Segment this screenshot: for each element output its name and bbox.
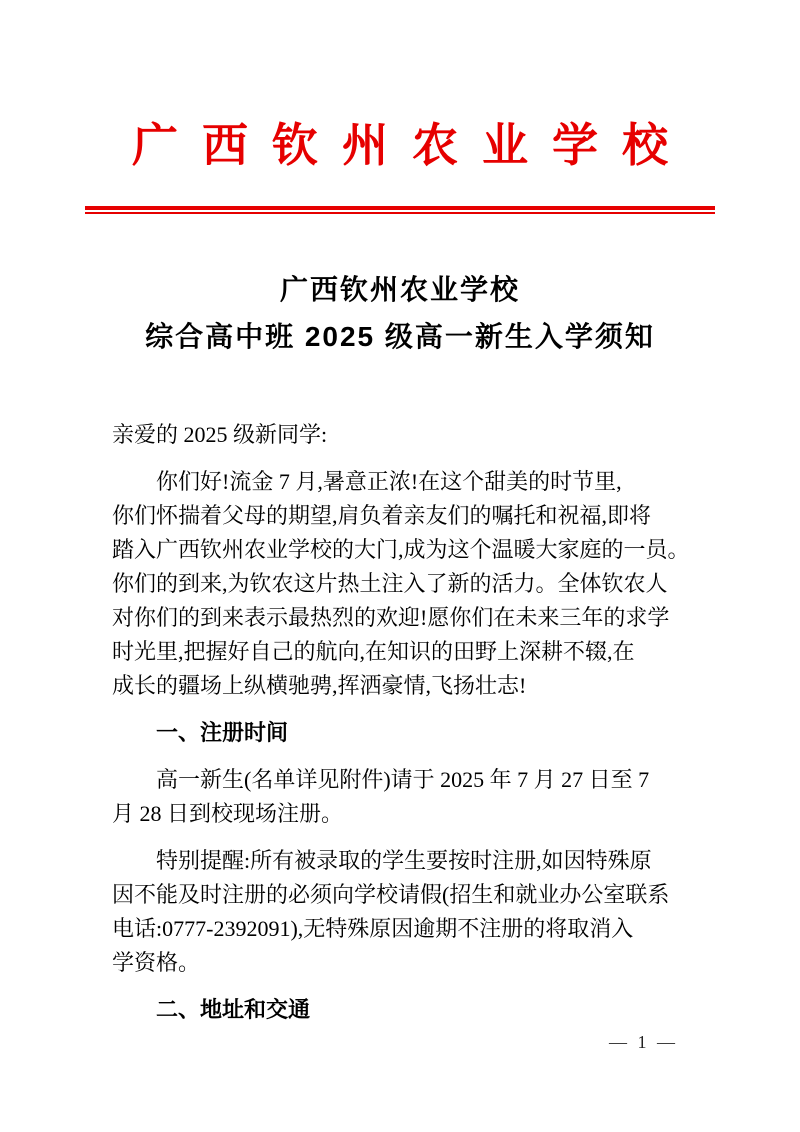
document-title-line-1: 广西钦州农业学校 — [0, 266, 800, 313]
document-page: 广西钦州农业学校 广西钦州农业学校 综合高中班 2025 级高一新生入学须知 亲… — [0, 0, 800, 1132]
paragraph: 你们好!流金 7 月,暑意正浓!在这个甜美的时节里,你们怀揣着父母的期望,肩负着… — [112, 465, 700, 703]
text-line: 你们怀揣着父母的期望,肩负着亲友们的嘱托和祝福,即将 — [112, 499, 700, 533]
text-line: 时光里,把握好自己的航向,在知识的田野上深耕不辍,在 — [112, 635, 700, 669]
document-title: 广西钦州农业学校 综合高中班 2025 级高一新生入学须知 — [0, 266, 800, 360]
letterhead-divider-thin-line — [85, 212, 715, 214]
text-line: 特别提醒:所有被录取的学生要按时注册,如因特殊原 — [112, 844, 700, 878]
letterhead-school-name: 广西钦州农业学校 — [108, 112, 692, 180]
letterhead-divider — [85, 206, 715, 214]
salutation: 亲爱的 2025 级新同学: — [112, 418, 700, 452]
text-line: 因不能及时注册的必须向学校请假(招生和就业办公室联系 — [112, 878, 700, 912]
paragraph: 高一新生(名单详见附件)请于 2025 年 7 月 27 日至 7月 28 日到… — [112, 763, 700, 831]
text-line: 成长的疆场上纵横驰骋,挥洒豪情,飞扬壮志! — [112, 669, 700, 703]
text-line: 你们好!流金 7 月,暑意正浓!在这个甜美的时节里, — [112, 465, 700, 499]
paragraph: 特别提醒:所有被录取的学生要按时注册,如因特殊原因不能及时注册的必须向学校请假(… — [112, 844, 700, 980]
text-line: 电话:0777-2392091),无特殊原因逾期不注册的将取消入 — [112, 912, 700, 946]
page-number: — 1 — — [609, 1032, 678, 1053]
text-line: 月 28 日到校现场注册。 — [112, 797, 700, 831]
text-line: 学资格。 — [112, 946, 700, 980]
letterhead-divider-thick-line — [85, 206, 715, 210]
section-heading: 二、地址和交通 — [112, 993, 700, 1027]
text-line: 你们的到来,为钦农这片热土注入了新的活力。全体钦农人 — [112, 567, 700, 601]
text-line: 踏入广西钦州农业学校的大门,成为这个温暖大家庭的一员。 — [112, 533, 700, 567]
text-line: 对你们的到来表示最热烈的欢迎!愿你们在未来三年的求学 — [112, 601, 700, 635]
document-body: 亲爱的 2025 级新同学: 你们好!流金 7 月,暑意正浓!在这个甜美的时节里… — [112, 418, 700, 1027]
letterhead: 广西钦州农业学校 — [0, 0, 800, 214]
document-title-line-2: 综合高中班 2025 级高一新生入学须知 — [0, 313, 800, 360]
text-line: 高一新生(名单详见附件)请于 2025 年 7 月 27 日至 7 — [112, 763, 700, 797]
section-heading: 一、注册时间 — [112, 716, 700, 750]
